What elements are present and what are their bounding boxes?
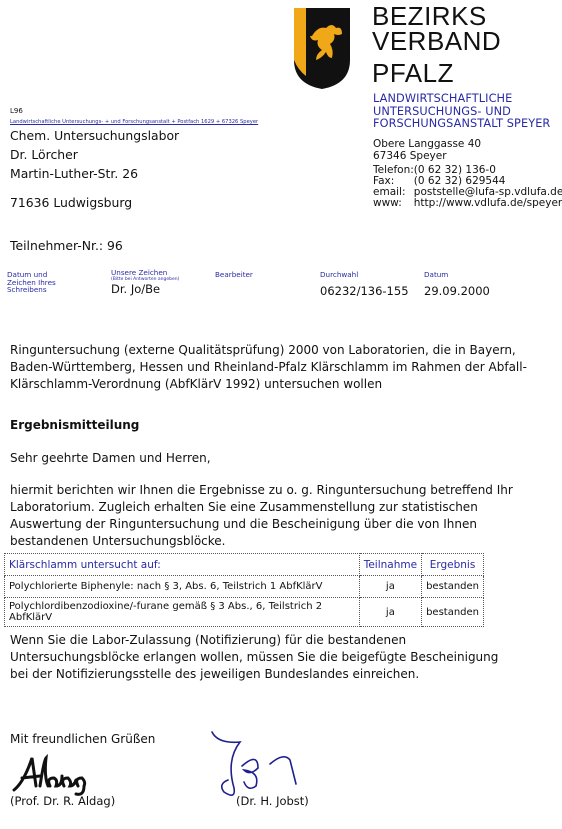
letter-heading: Ergebnismitteilung (10, 417, 555, 434)
direct-dial-label: Durchwahl (320, 271, 409, 279)
signatory-name: (Prof. Dr. R. Aldag) (10, 794, 115, 808)
recipient-line: Dr. Lörcher (10, 145, 179, 164)
reference-code: L96 (10, 107, 23, 115)
column-header-examined: Klärschlamm untersucht auf: (5, 554, 360, 576)
results-table: Klärschlamm untersucht auf: Teilnahme Er… (4, 553, 484, 627)
org-name-line-2: Verband (372, 30, 501, 54)
org-name-text: Pfalz (372, 58, 454, 88)
signature-jobst-icon (200, 730, 310, 802)
institute-street: Obere Langgasse 40 (373, 138, 481, 150)
date-label: Datum (424, 271, 490, 279)
your-reference-label: Datum und Zeichen Ihres Schreibens (7, 271, 77, 294)
institute-city: 67346 Speyer (373, 150, 481, 162)
our-reference: Unsere Zeichen (Bitte bei Antworten ange… (111, 269, 179, 296)
contact-web: www:http://www.vdlufa.de/speyer/ (373, 198, 562, 209)
our-reference-note: (Bitte bei Antworten angeben) (111, 277, 179, 282)
table-row: Polychlorierte Biphenyle: nach § 3, Abs.… (5, 576, 484, 598)
contact-label: www: (373, 198, 414, 209)
our-reference-value: Dr. Jo/Be (111, 282, 179, 296)
direct-dial: Durchwahl 06232/136-155 (320, 271, 409, 298)
editor-label: Bearbeiter (215, 271, 253, 279)
row-test: Polychlorierte Biphenyle: nach § 3, Abs.… (5, 576, 360, 598)
org-name-line-3: Pfalz (372, 62, 454, 86)
direct-dial-value: 06232/136-155 (320, 284, 409, 298)
letter-date: Datum 29.09.2000 (424, 271, 490, 298)
coat-of-arms-lion-icon (292, 6, 352, 90)
recipient-line: Martin-Luther-Str. 26 (10, 164, 179, 183)
recipient-city: 71636 Ludwigsburg (10, 195, 132, 210)
column-header-result: Ergebnis (422, 554, 484, 576)
website-link[interactable]: http://www.vdlufa.de/speyer/ (414, 198, 562, 209)
row-result: bestanden (422, 598, 484, 627)
recipient-line: Chem. Untersuchungslabor (10, 126, 179, 145)
row-result: bestanden (422, 576, 484, 598)
table-row: Polychlordibenzodioxine/-furane gemäß § … (5, 598, 484, 627)
participant-number: Teilnehmer-Nr.: 96 (10, 238, 123, 253)
row-participation: ja (359, 598, 421, 627)
signatory-name: (Dr. H. Jobst) (236, 794, 309, 808)
results-header-row: Klärschlamm untersucht auf: Teilnahme Er… (5, 554, 484, 576)
notification-paragraph: Wenn Sie die Labor-Zulassung (Notifizier… (10, 632, 510, 683)
our-reference-label: Unsere Zeichen (111, 269, 179, 277)
institute-line: FORSCHUNGSANSTALT SPEYER (373, 118, 550, 131)
institute-name: LANDWIRTSCHAFTLICHE UNTERSUCHUNGS- UND F… (373, 93, 550, 131)
sender-return-address: Landwirtschaftliche Untersuchungs- + und… (10, 119, 258, 125)
org-name-text: Verband (372, 26, 501, 56)
column-header-participation: Teilnahme (359, 554, 421, 576)
institute-line: LANDWIRTSCHAFTLICHE (373, 93, 550, 106)
salutation: Sehr geehrte Damen und Herren, (10, 450, 555, 467)
recipient-address: Chem. Untersuchungslabor Dr. Lörcher Mar… (10, 126, 179, 183)
signature-aldag-icon (10, 752, 110, 796)
contact-block: Telefon:(0 62 32) 136-0 Fax:(0 62 32) 62… (373, 165, 562, 209)
institute-address: Obere Langgasse 40 67346 Speyer (373, 138, 481, 162)
date-value: 29.09.2000 (424, 284, 490, 298)
row-participation: ja (359, 576, 421, 598)
subject-line: Ringuntersuchung (externe Qualitätsprüfu… (10, 342, 555, 393)
row-test: Polychlordibenzodioxine/-furane gemäß § … (5, 598, 360, 627)
body-paragraph: hiermit berichten wir Ihnen die Ergebnis… (10, 482, 540, 550)
